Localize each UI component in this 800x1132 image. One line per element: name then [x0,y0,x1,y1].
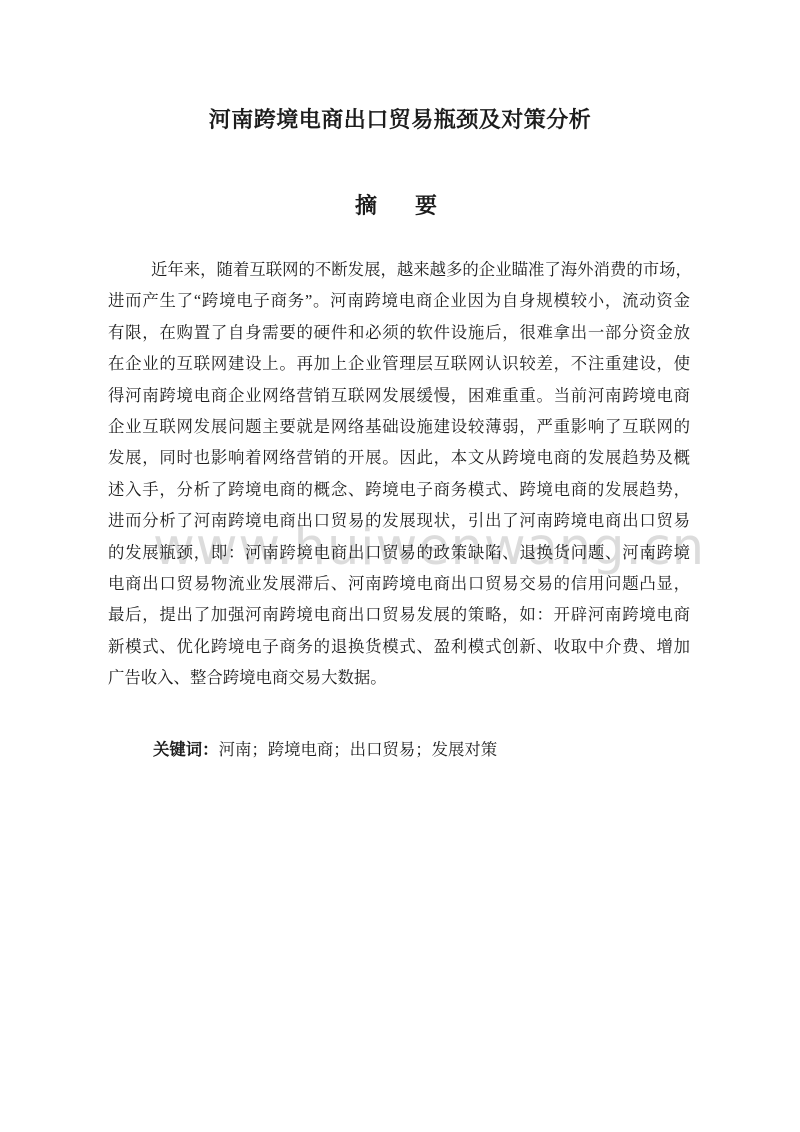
document-page: www.huiwenwang.cn 河南跨境电商出口贸易瓶颈及对策分析 摘 要 … [0,0,800,1132]
abstract-line: 广告收入、整合跨境电商交易大数据。 [108,662,690,693]
keywords-label: 关键词： [153,741,219,759]
abstract-line: 发展，同时也影响着网络营销的开展。因此，本文从跨境电商的发展趋势及概 [108,442,690,473]
abstract-line: 述入手，分析了跨境电商的概念、跨境电子商务模式、跨境电商的发展趋势， [108,474,690,505]
abstract-paragraph: 近年来，随着互联网的不断发展，越来越多的企业瞄准了海外消费的市场， 进而产生了“… [108,254,690,693]
abstract-line: 近年来，随着互联网的不断发展，越来越多的企业瞄准了海外消费的市场， [108,254,690,285]
abstract-line: 企业互联网发展问题主要就是网络基础设施建设较薄弱，严重影响了互联网的 [108,411,690,442]
page-title: 河南跨境电商出口贸易瓶颈及对策分析 [0,103,800,134]
abstract-line: 在企业的互联网建设上。再加上企业管理层互联网认识较差，不注重建设，使 [108,348,690,379]
abstract-line: 最后，提出了加强河南跨境电商出口贸易发展的策略，如：开辟河南跨境电商 [108,599,690,630]
abstract-line: 的发展瓶颈，即：河南跨境电商出口贸易的政策缺陷、退换货问题、河南跨境 [108,537,690,568]
abstract-line: 电商出口贸易物流业发展滞后、河南跨境电商出口贸易交易的信用问题凸显， [108,568,690,599]
abstract-line: 进而分析了河南跨境电商出口贸易的发展现状，引出了河南跨境电商出口贸易 [108,505,690,536]
abstract-line: 新模式、优化跨境电子商务的退换货模式、盈利模式创新、收取中介费、增加 [108,631,690,662]
abstract-heading: 摘 要 [0,189,800,220]
abstract-line: 有限，在购置了自身需要的硬件和必须的软件设施后，很难拿出一部分资金放 [108,317,690,348]
keywords-text: 河南；跨境电商；出口贸易；发展对策 [219,740,498,759]
abstract-line: 得河南跨境电商企业网络营销互联网发展缓慢，困难重重。当前河南跨境电商 [108,380,690,411]
abstract-line: 进而产生了“跨境电子商务”。河南跨境电商企业因为自身规模较小，流动资金 [108,285,690,316]
keywords-line: 关键词：河南；跨境电商；出口贸易；发展对策 [108,734,690,766]
